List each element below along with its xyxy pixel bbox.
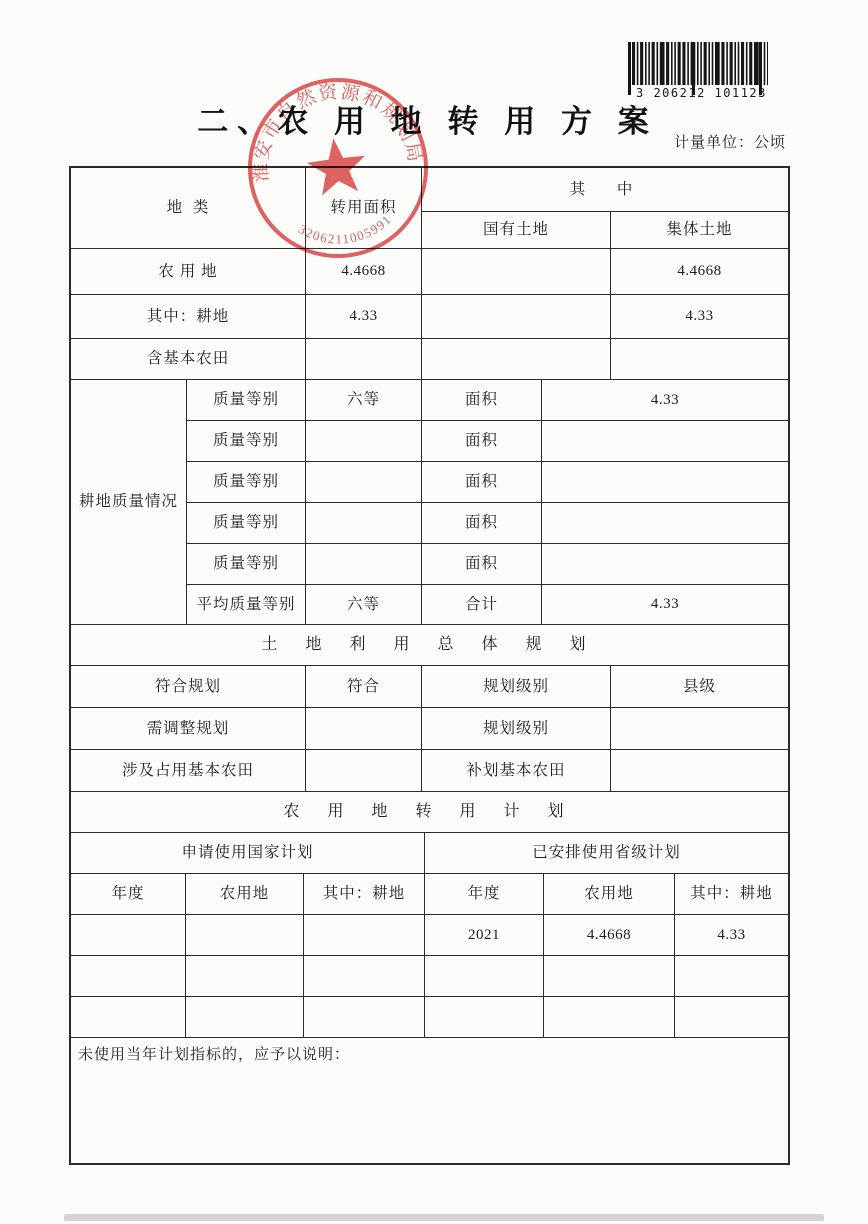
grade-value — [306, 421, 422, 462]
area-value: 4.33 — [542, 585, 788, 625]
grade-value — [306, 462, 422, 503]
plan-cell — [675, 956, 788, 997]
scanned-form-page: 3 206212 101123 二、农 用 地 转 用 方 案 计量单位：公顷 … — [0, 0, 868, 1224]
row-state — [422, 339, 611, 380]
planning-label: 需调整规划 — [71, 708, 306, 750]
header-land-type: 地 类 — [71, 168, 306, 249]
area-label: 合计 — [422, 585, 542, 625]
area-label: 面积 — [422, 380, 542, 421]
area-value — [542, 462, 788, 503]
grade-label: 质量等别 — [187, 503, 306, 544]
planning-title-row: 土 地 利 用 总 体 规 划 — [71, 625, 788, 666]
planning-label: 符合规划 — [71, 666, 306, 708]
plan-cell — [675, 997, 788, 1038]
row-area — [306, 339, 422, 380]
plan-col-header: 农用地 — [186, 874, 304, 915]
area-value: 4.33 — [542, 380, 788, 421]
plan-cell — [71, 915, 186, 956]
header-convert-area: 转用面积 — [306, 168, 422, 249]
plan-cell — [71, 956, 186, 997]
planning-label: 规划级别 — [422, 708, 611, 750]
row-collective: 4.4668 — [611, 249, 788, 295]
plan-cell — [544, 956, 675, 997]
plan-col-header: 其中：耕地 — [675, 874, 788, 915]
note-row: 未使用当年计划指标的，应予以说明： — [71, 1038, 788, 1163]
header-collective-land: 集体土地 — [611, 212, 788, 249]
plan-split-row: 申请使用国家计划 已安排使用省级计划 — [71, 833, 788, 874]
table-header: 地 类 转用面积 其 中 国有土地 集体土地 — [71, 168, 788, 249]
grade-label: 质量等别 — [187, 380, 306, 421]
planning-value — [611, 750, 788, 792]
grade-label: 平均质量等别 — [187, 585, 306, 625]
planning-label: 补划基本农田 — [422, 750, 611, 792]
grade-label: 质量等别 — [187, 462, 306, 503]
note-text: 未使用当年计划指标的，应予以说明： — [71, 1038, 788, 1163]
plan-cell — [425, 997, 544, 1038]
land-rows: 农 用 地 4.4668 4.4668 其中：耕地 4.33 4.33 含基本农… — [71, 249, 788, 380]
grade-value — [306, 503, 422, 544]
area-label: 面积 — [422, 421, 542, 462]
row-state — [422, 249, 611, 295]
planning-value: 县级 — [611, 666, 788, 708]
plan-col-header: 年度 — [71, 874, 186, 915]
land-conversion-table: 地 类 转用面积 其 中 国有土地 集体土地 农 用 地 4.4668 4.46… — [69, 166, 790, 1165]
quality-section: 耕地质量情况 质量等别 六等 面积 4.33 质量等别 面积 质量等别 面积 质… — [71, 380, 788, 625]
provincial-plan-header: 已安排使用省级计划 — [425, 833, 788, 874]
grade-label: 质量等别 — [187, 544, 306, 585]
plan-cell-cultivated: 4.33 — [675, 915, 788, 956]
row-label: 含基本农田 — [71, 339, 306, 380]
grade-value — [306, 544, 422, 585]
header-of-which: 其 中 — [422, 168, 788, 212]
area-value — [542, 544, 788, 585]
plan-col-header: 农用地 — [544, 874, 675, 915]
planning-label: 规划级别 — [422, 666, 611, 708]
row-label: 农 用 地 — [71, 249, 306, 295]
quality-section-label: 耕地质量情况 — [71, 380, 187, 625]
area-value — [542, 421, 788, 462]
plan-section-title: 农 用 地 转 用 计 划 — [71, 792, 788, 833]
plan-cell — [544, 997, 675, 1038]
plan-cell — [71, 997, 186, 1038]
row-collective: 4.33 — [611, 295, 788, 339]
plan-cell-area: 4.4668 — [544, 915, 675, 956]
planning-value — [306, 708, 422, 750]
plan-col-header: 年度 — [425, 874, 544, 915]
plan-cell — [304, 915, 425, 956]
planning-value: 符合 — [306, 666, 422, 708]
planning-label: 涉及占用基本农田 — [71, 750, 306, 792]
plan-cell — [425, 956, 544, 997]
plan-title-row: 农 用 地 转 用 计 划 — [71, 792, 788, 833]
planning-section-title: 土 地 利 用 总 体 规 划 — [71, 625, 788, 666]
grade-value: 六等 — [306, 585, 422, 625]
row-area: 4.33 — [306, 295, 422, 339]
plan-cell — [186, 997, 304, 1038]
area-label: 面积 — [422, 462, 542, 503]
plan-table: 年度 农用地 其中：耕地 年度 农用地 其中：耕地 2021 4.4668 4.… — [71, 874, 788, 1038]
barcode: 3 206212 101123 — [626, 40, 768, 100]
plan-cell — [304, 997, 425, 1038]
area-label: 面积 — [422, 544, 542, 585]
plan-cell — [186, 956, 304, 997]
plan-cell — [186, 915, 304, 956]
area-value — [542, 503, 788, 544]
area-label: 面积 — [422, 503, 542, 544]
row-collective — [611, 339, 788, 380]
row-state — [422, 295, 611, 339]
planning-value — [306, 750, 422, 792]
row-area: 4.4668 — [306, 249, 422, 295]
plan-cell-year: 2021 — [425, 915, 544, 956]
header-state-land: 国有土地 — [422, 212, 611, 249]
scan-edge-artifact — [64, 1214, 824, 1221]
national-plan-header: 申请使用国家计划 — [71, 833, 425, 874]
plan-cell — [304, 956, 425, 997]
plan-col-header: 其中：耕地 — [304, 874, 425, 915]
planning-value — [611, 708, 788, 750]
grade-value: 六等 — [306, 380, 422, 421]
measure-unit-label: 计量单位：公顷 — [674, 131, 786, 152]
grade-label: 质量等别 — [187, 421, 306, 462]
row-label: 其中：耕地 — [71, 295, 306, 339]
planning-section: 符合规划 符合 规划级别 县级 需调整规划 规划级别 涉及占用基本农田 补划基本… — [71, 666, 788, 792]
